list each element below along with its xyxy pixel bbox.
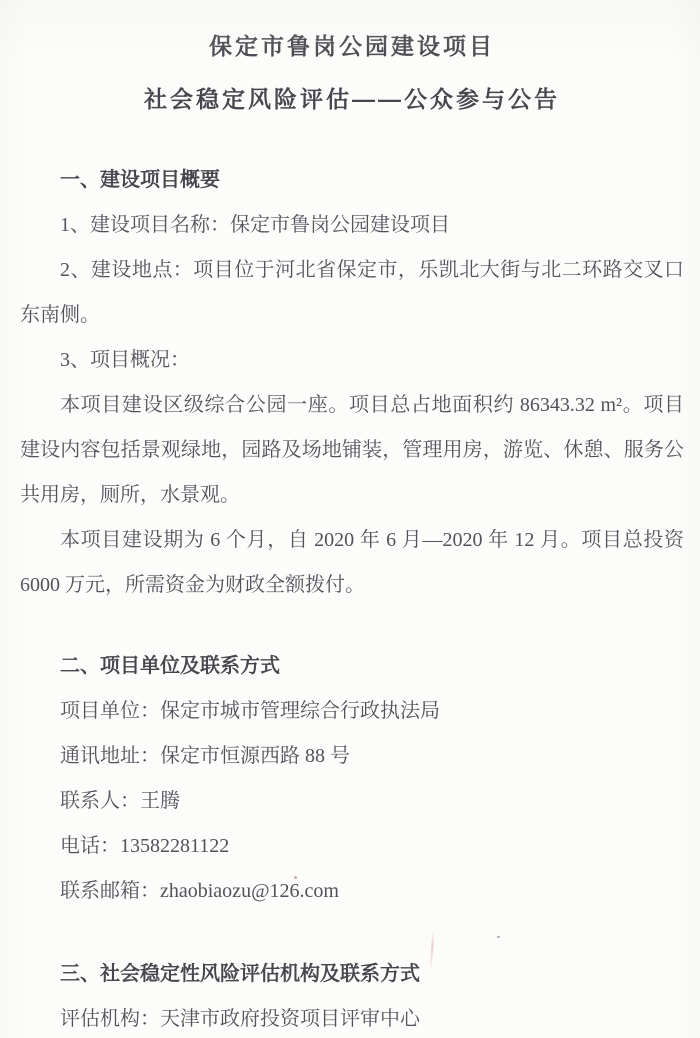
paragraph-project-name: 1、建设项目名称：保定市鲁岗公园建设项目 bbox=[20, 203, 684, 248]
contact-line-project-unit: 项目单位：保定市城市管理综合行政执法局 bbox=[20, 689, 684, 734]
scan-artifact-speck bbox=[497, 936, 500, 938]
section-heading-project-overview: 一、建设项目概要 bbox=[20, 158, 684, 203]
section-heading-assessment-agency: 三、社会稳定性风险评估机构及联系方式 bbox=[20, 952, 684, 997]
paragraph-project-schedule: 本项目建设期为 6 个月，自 2020 年 6 月—2020 年 12 月。项目… bbox=[20, 518, 684, 608]
section-heading-project-unit-contact: 二、项目单位及联系方式 bbox=[20, 644, 684, 689]
contact-line-mail-address: 通讯地址：保定市恒源西路 88 号 bbox=[20, 734, 684, 779]
contact-line-email: 联系邮箱：zhaobiaozu@126.com bbox=[20, 869, 684, 914]
paragraph-project-description: 本项目建设区级综合公园一座。项目总占地面积约 86343.32 m²。项目建设内… bbox=[20, 383, 684, 518]
scan-artifact-red-dot bbox=[294, 876, 297, 879]
doc-title-line1: 保定市鲁岗公园建设项目 bbox=[20, 20, 684, 73]
paragraph-overview-label: 3、项目概况： bbox=[20, 338, 684, 383]
paragraph-assessment-agency: 评估机构：天津市政府投资项目评审中心 bbox=[20, 997, 684, 1038]
contact-line-phone: 电话：13582281122 bbox=[20, 824, 684, 869]
document-page: 保定市鲁岗公园建设项目 社会稳定风险评估——公众参与公告 一、建设项目概要 1、… bbox=[0, 0, 700, 1038]
contact-line-contact-person: 联系人：王腾 bbox=[20, 779, 684, 824]
paragraph-project-location: 2、建设地点：项目位于河北省保定市，乐凯北大街与北二环路交叉口东南侧。 bbox=[20, 248, 684, 338]
doc-title-line2: 社会稳定风险评估——公众参与公告 bbox=[20, 73, 684, 126]
